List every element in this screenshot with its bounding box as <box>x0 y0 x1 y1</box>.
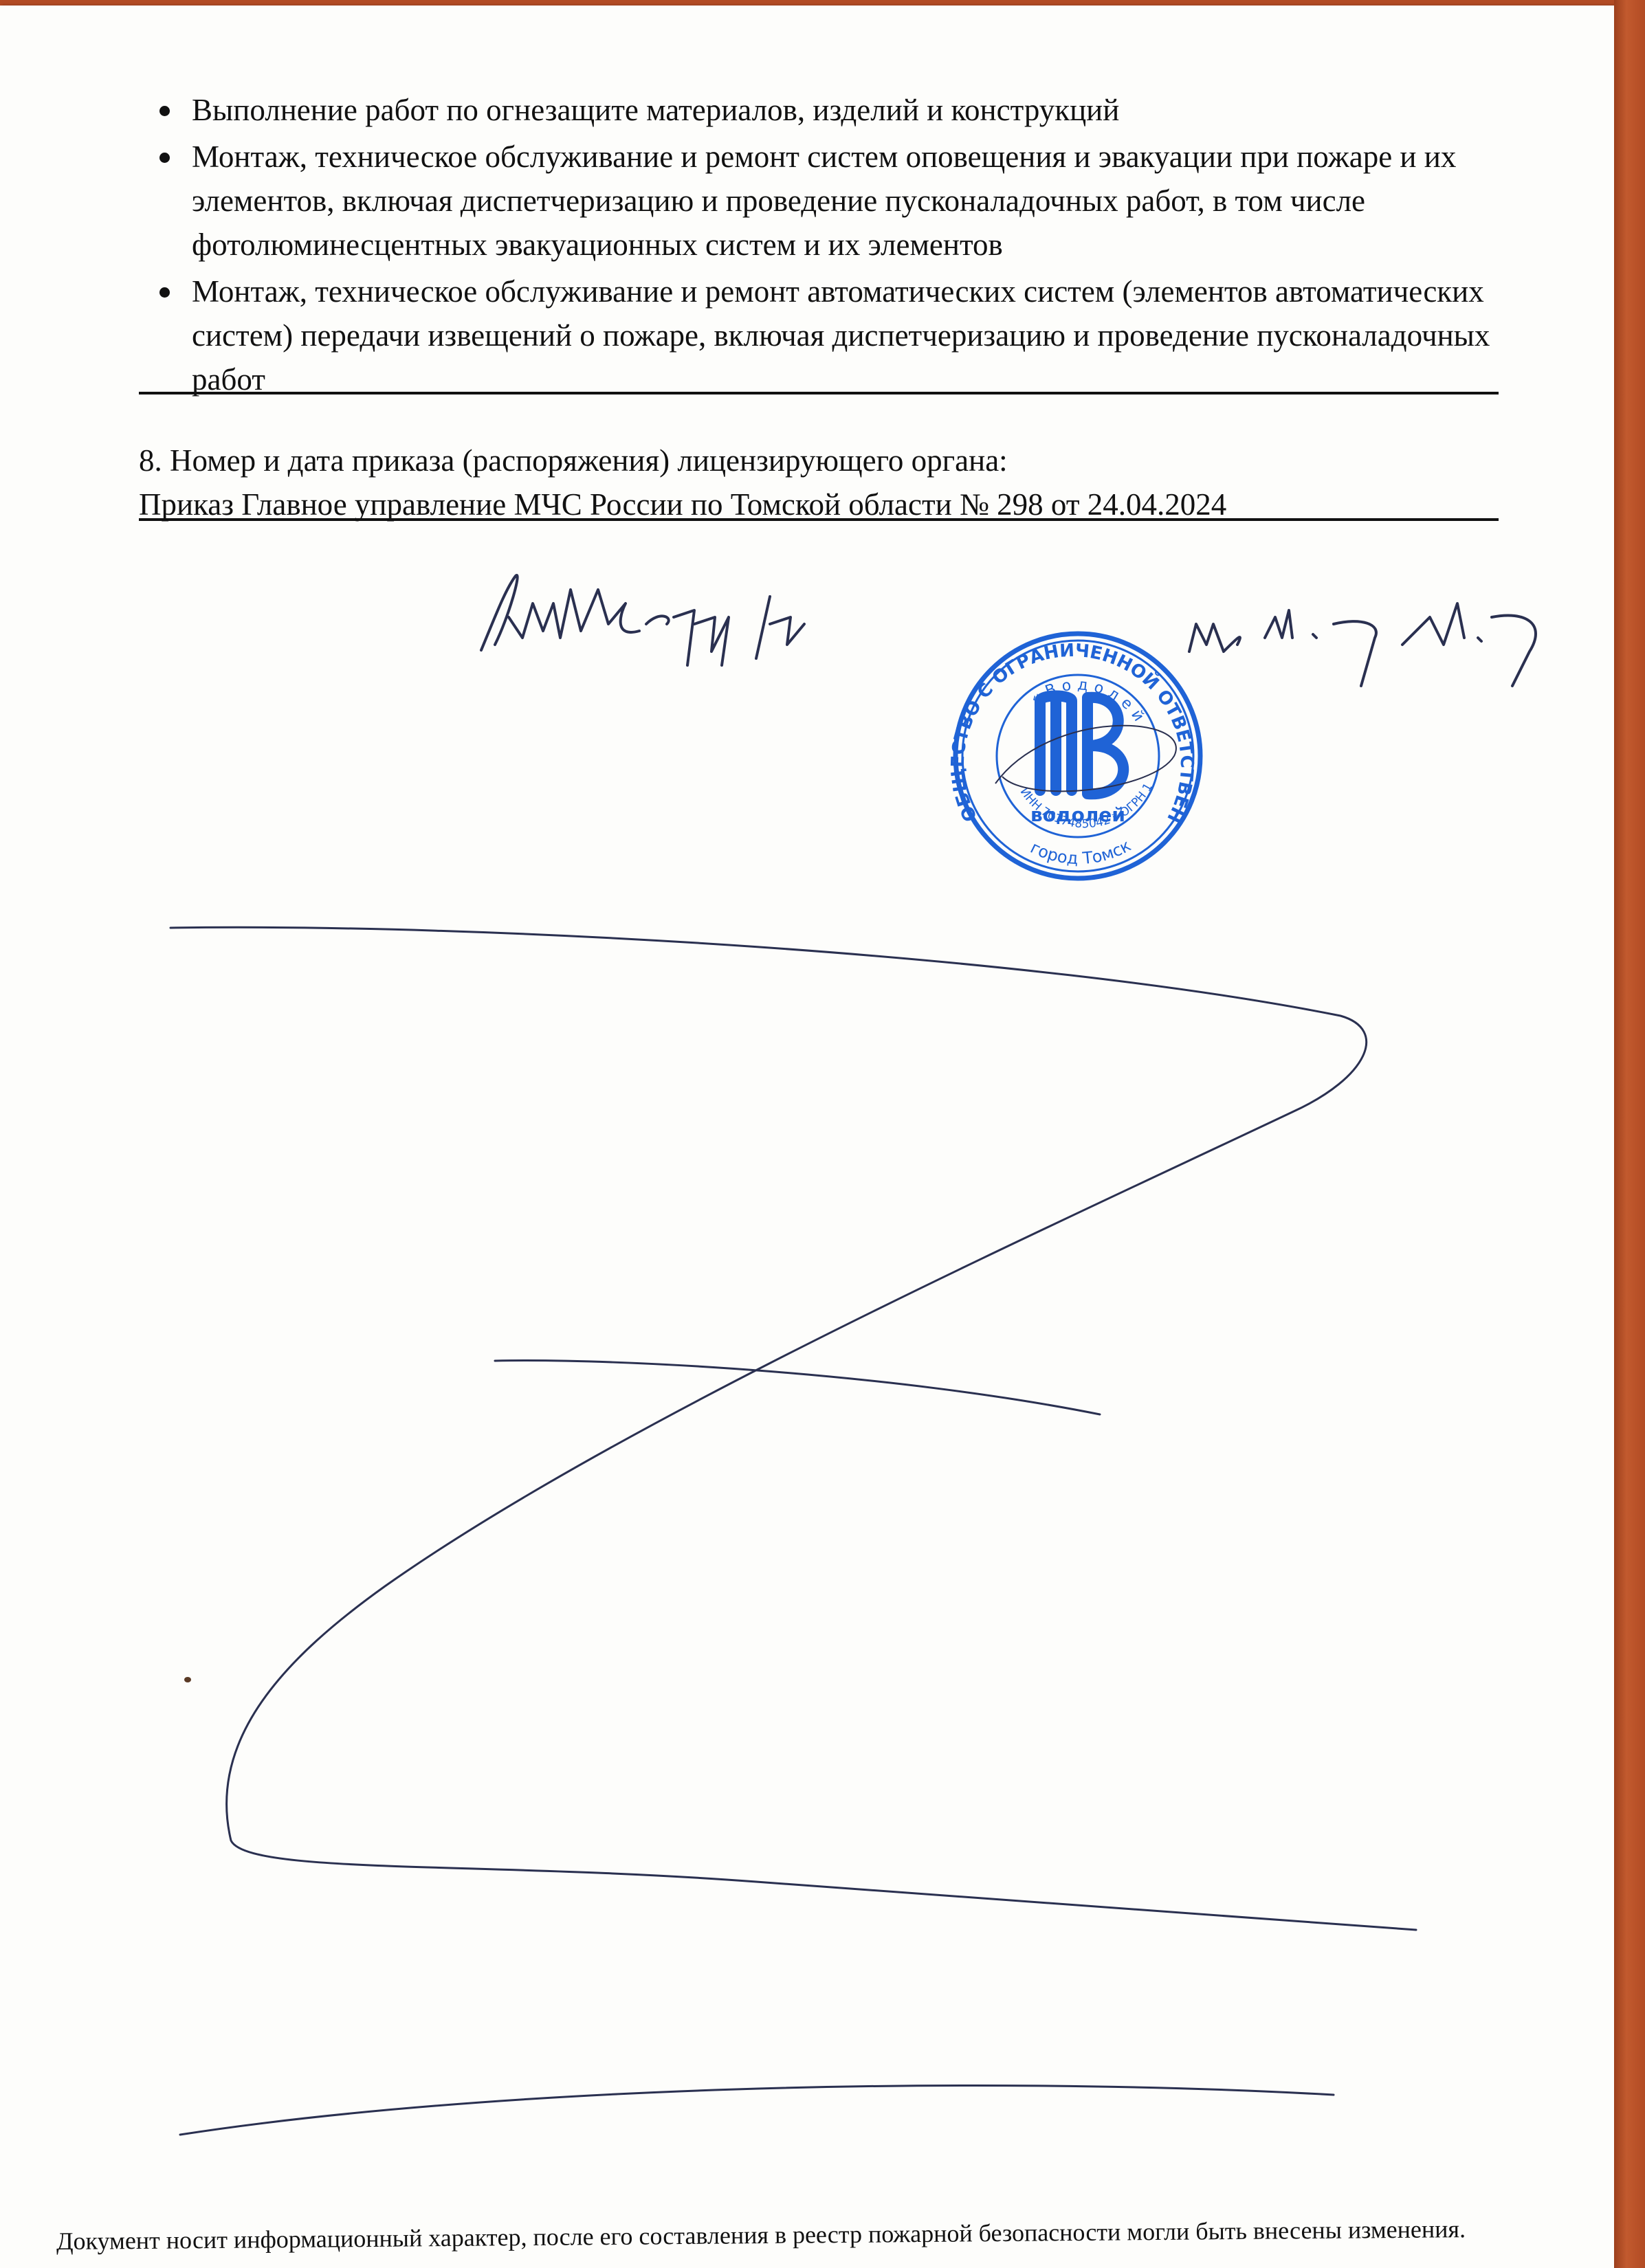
bullet-icon <box>159 287 170 298</box>
list-item: Монтаж, техническое обслуживание и ремон… <box>139 135 1569 267</box>
license-order-section: 8. Номер и дата приказа (распоряжения) л… <box>139 438 1569 526</box>
ink-speck <box>184 1677 191 1682</box>
company-stamp: ОБЩЕСТВО С ОГРАНИЧЕННОЙ ОТВЕТСТВЕННОСТЬЮ… <box>947 612 1208 900</box>
bullet-icon <box>159 106 170 116</box>
document-page: Выполнение работ по огнезащите материало… <box>0 5 1614 2268</box>
scan-edge-right <box>1614 0 1645 2268</box>
underline-rule <box>139 518 1499 521</box>
activity-text: Выполнение работ по огнезащите материало… <box>192 93 1119 127</box>
underline-rule <box>139 392 1499 394</box>
list-item: Монтаж, техническое обслуживание и ремон… <box>139 269 1569 401</box>
activity-text: Монтаж, техническое обслуживание и ремон… <box>192 140 1456 262</box>
stamp-logo-caption: водолей <box>1030 803 1125 826</box>
activity-text: Монтаж, техническое обслуживание и ремон… <box>192 274 1490 397</box>
scan-edge-top <box>0 0 1645 5</box>
activities-list: Выполнение работ по огнезащите материало… <box>139 88 1569 401</box>
list-item: Выполнение работ по огнезащите материало… <box>139 88 1569 132</box>
section-heading: 8. Номер и дата приказа (распоряжения) л… <box>139 438 1569 482</box>
bullet-icon <box>159 153 170 163</box>
footer-disclaimer: Документ носит информационный характер, … <box>56 2213 1610 2256</box>
activities-section: Выполнение работ по огнезащите материало… <box>139 88 1569 404</box>
stamp-logo-icon <box>1040 696 1123 794</box>
